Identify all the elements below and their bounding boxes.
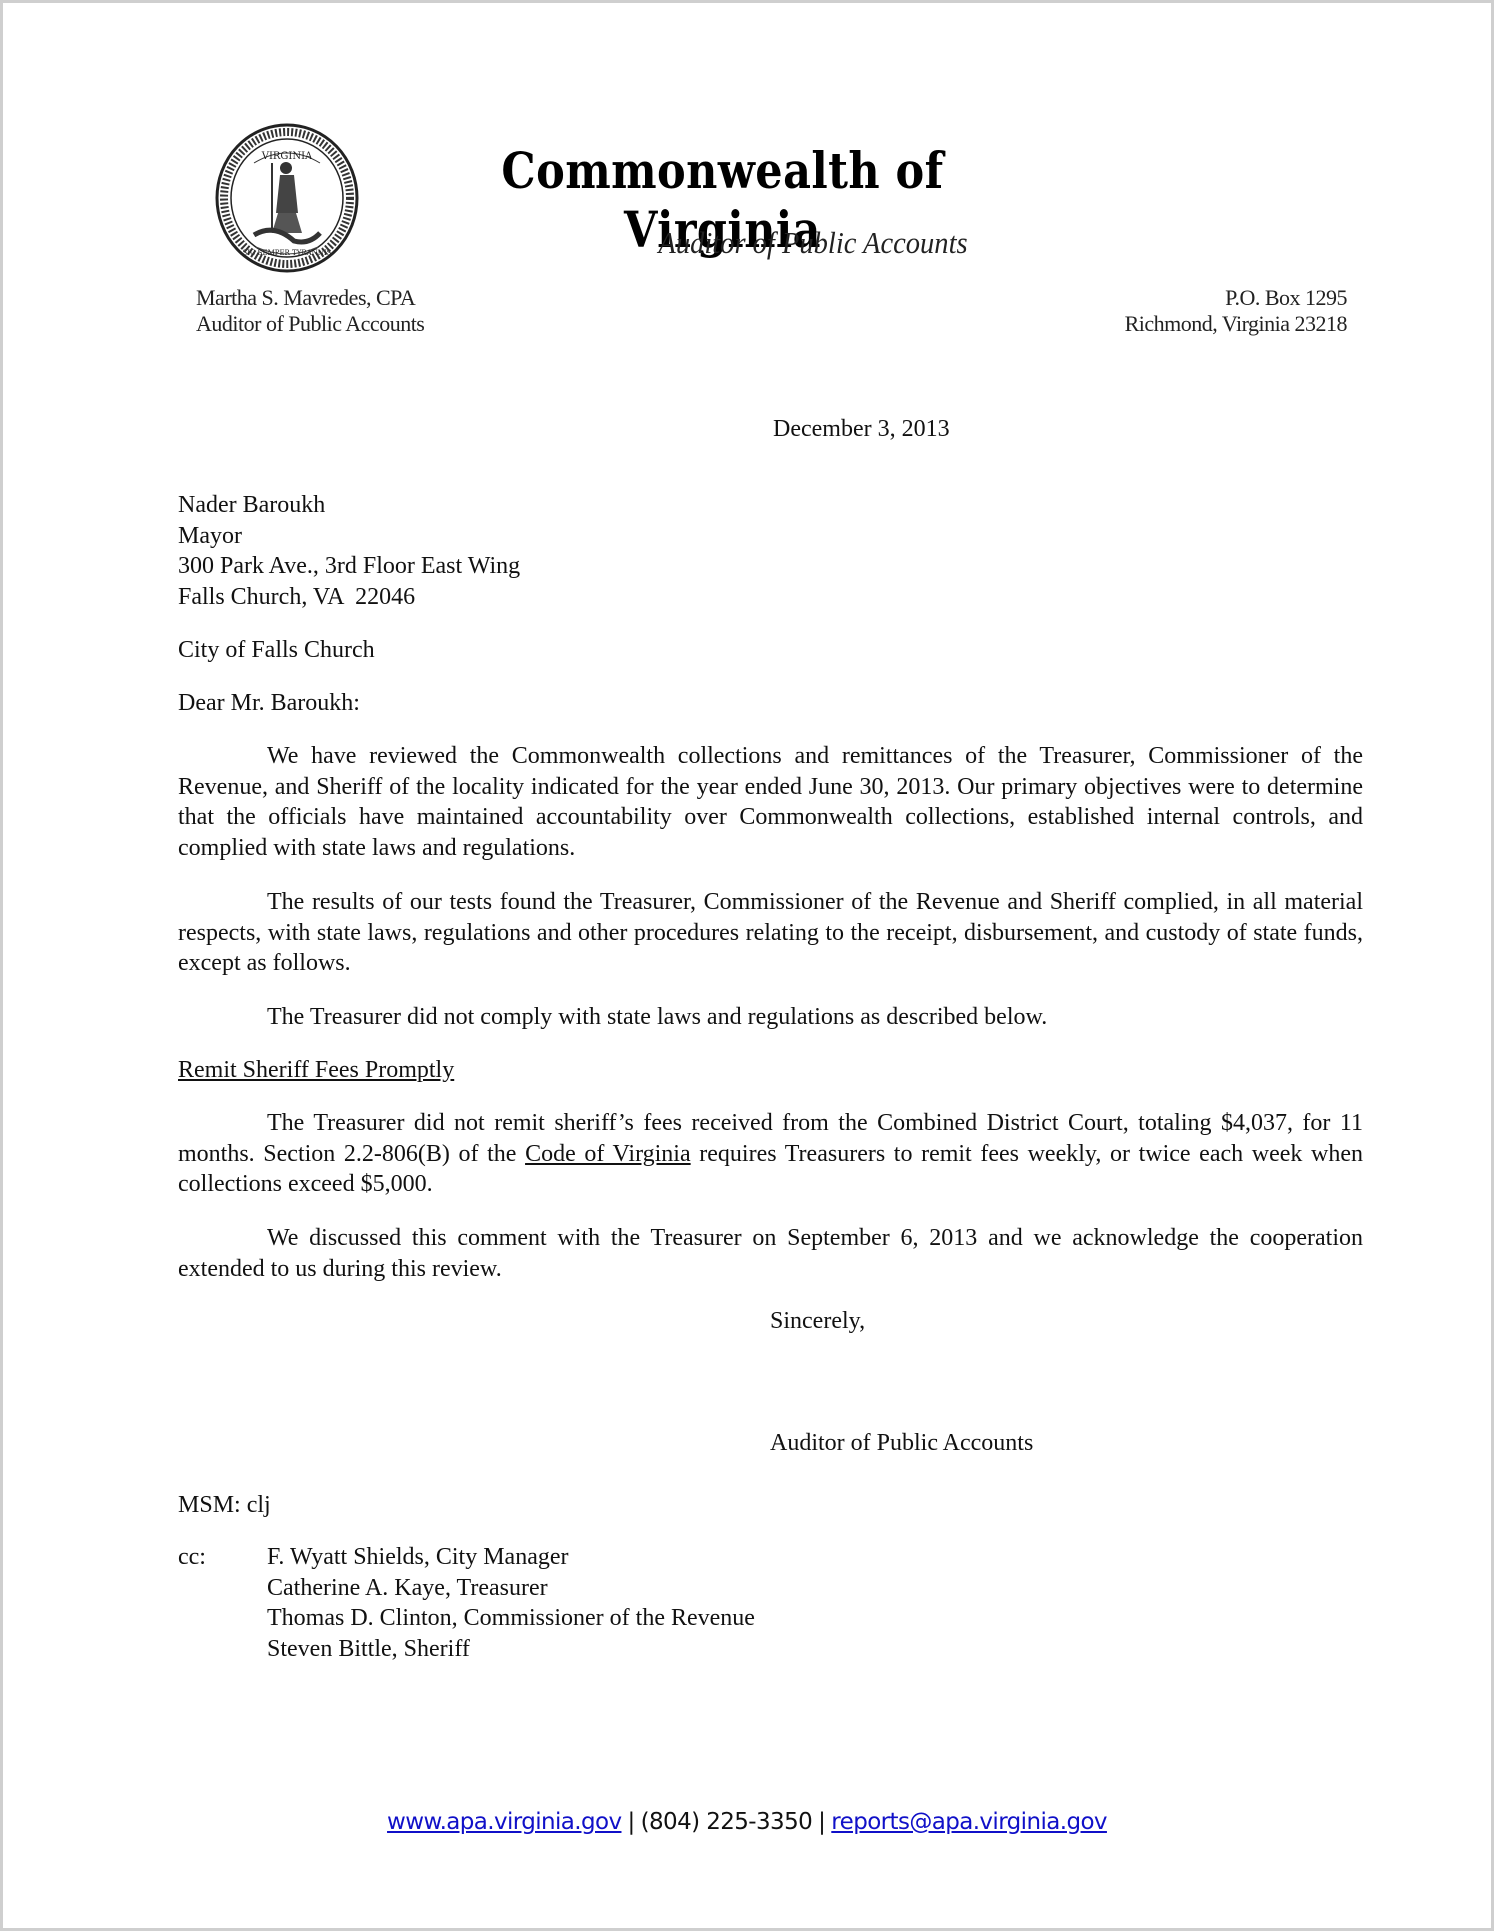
paragraph-noncompliance: The Treasurer did not comply with state …	[178, 1002, 1363, 1033]
recipient-name: Nader Baroukh	[178, 490, 520, 521]
svg-text:SIC SEMPER TYRANNIS: SIC SEMPER TYRANNIS	[243, 249, 332, 257]
city-state-zip: Richmond, Virginia 23218	[1125, 311, 1347, 337]
email-link[interactable]: reports@apa.virginia.gov	[831, 1809, 1107, 1835]
letterhead-subtitle: Auditor of Public Accounts	[473, 225, 1154, 261]
po-box: P.O. Box 1295	[1125, 285, 1347, 311]
letter-date: December 3, 2013	[773, 414, 950, 445]
footer-separator: |	[818, 1809, 825, 1835]
cc-list: F. Wyatt Shields, City Manager Catherine…	[267, 1542, 755, 1665]
code-of-virginia-citation: Code of Virginia	[525, 1141, 691, 1167]
svg-text:VIRGINIA: VIRGINIA	[261, 151, 313, 162]
footer-separator: |	[627, 1809, 634, 1835]
signer: Auditor of Public Accounts	[770, 1428, 1033, 1459]
salutation: Dear Mr. Baroukh:	[178, 688, 360, 719]
auditor-info: Martha S. Mavredes, CPA Auditor of Publi…	[196, 285, 424, 337]
office-address: P.O. Box 1295 Richmond, Virginia 23218	[1125, 285, 1347, 337]
paragraph-acknowledgement: We discussed this comment with the Treas…	[178, 1223, 1363, 1284]
recipient-locality: City of Falls Church	[178, 635, 375, 666]
recipient-title: Mayor	[178, 521, 520, 552]
recipient-street: 300 Park Ave., 3rd Floor East Wing	[178, 551, 520, 582]
virginia-state-seal-icon: VIRGINIA SIC SEMPER TYRANNIS	[214, 123, 360, 273]
reference-initials: MSM: clj	[178, 1490, 271, 1521]
paragraph-results: The results of our tests found the Treas…	[178, 887, 1363, 979]
recipient-address: Nader Baroukh Mayor 300 Park Ave., 3rd F…	[178, 490, 520, 613]
letter-page: VIRGINIA SIC SEMPER TYRANNIS Commonwealt…	[3, 3, 1491, 1928]
cc-label: cc:	[178, 1542, 206, 1573]
closing: Sincerely,	[770, 1306, 865, 1337]
footer-contact: www.apa.virginia.gov|(804) 225-3350|repo…	[3, 1809, 1491, 1835]
paragraph-finding: The Treasurer did not remit sheriff’s fe…	[178, 1108, 1363, 1200]
paragraph-review-scope: We have reviewed the Commonwealth collec…	[178, 741, 1363, 864]
finding-heading: Remit Sheriff Fees Promptly	[178, 1055, 454, 1086]
auditor-name: Martha S. Mavredes, CPA	[196, 285, 424, 311]
cc-recipient: Thomas D. Clinton, Commissioner of the R…	[267, 1603, 755, 1634]
recipient-city: Falls Church, VA 22046	[178, 582, 520, 613]
cc-recipient: Steven Bittle, Sheriff	[267, 1634, 755, 1665]
phone-number: (804) 225-3350	[641, 1809, 813, 1835]
website-link[interactable]: www.apa.virginia.gov	[387, 1809, 621, 1835]
cc-recipient: F. Wyatt Shields, City Manager	[267, 1542, 755, 1573]
auditor-title: Auditor of Public Accounts	[196, 311, 424, 337]
cc-recipient: Catherine A. Kaye, Treasurer	[267, 1573, 755, 1604]
